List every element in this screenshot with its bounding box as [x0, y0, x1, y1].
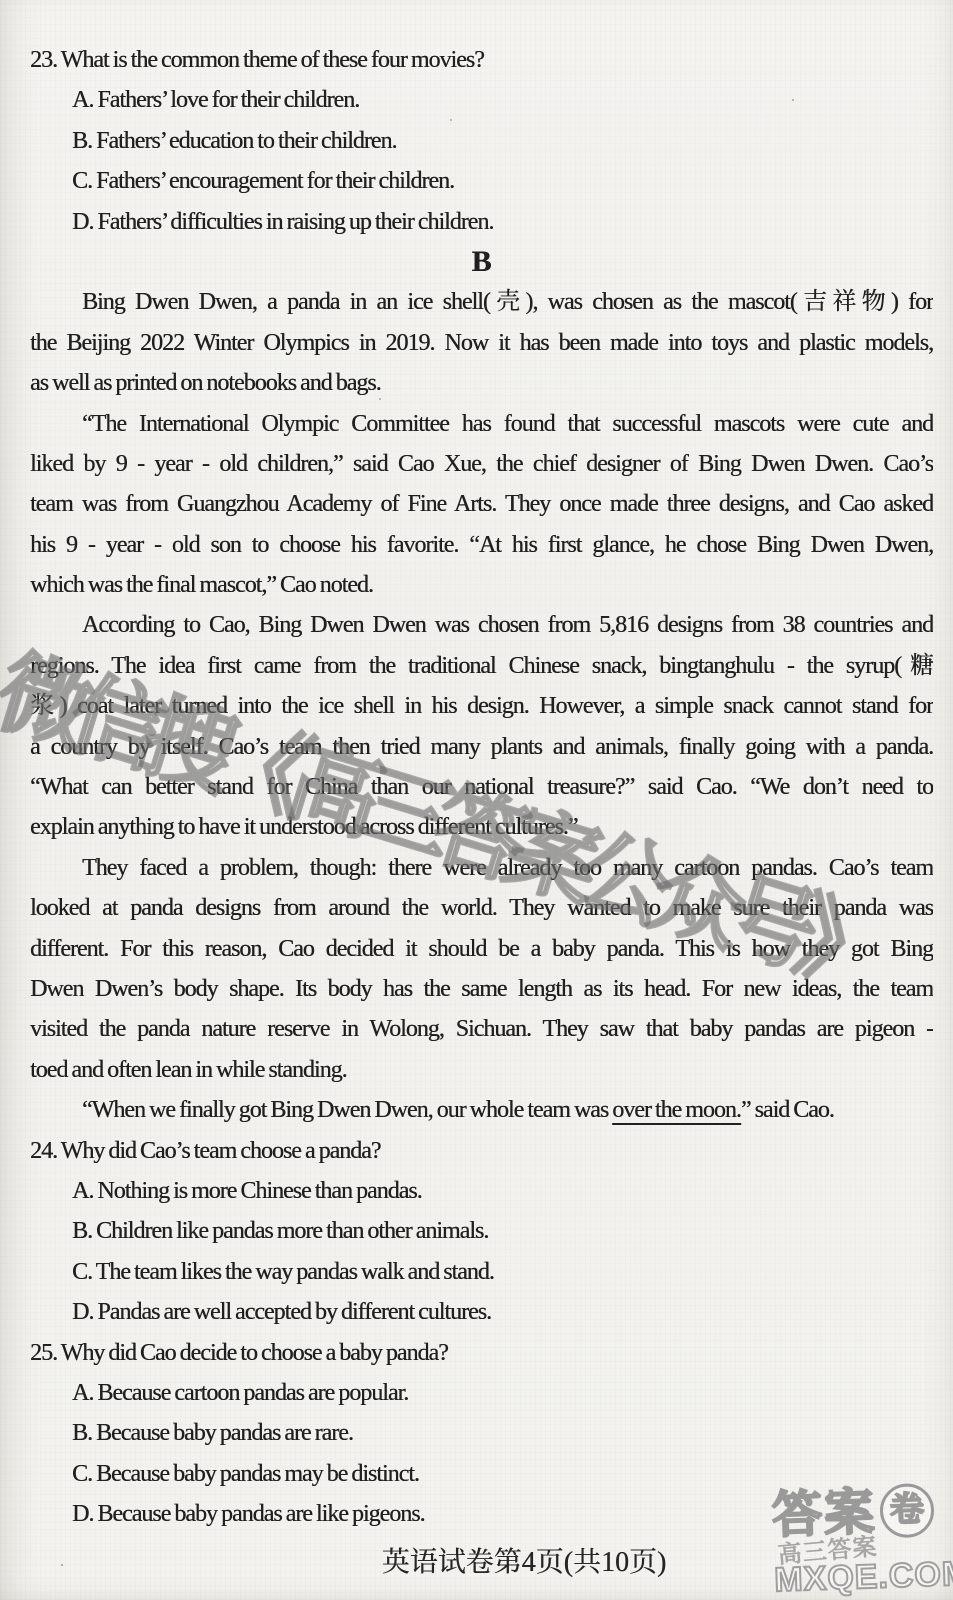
- question-24-options: A. Nothing is more Chinese than pandas.B…: [30, 1171, 933, 1333]
- quote-text-after: ” said Cao.: [741, 1097, 834, 1123]
- question-24-prompt: 24. Why did Cao’s team choose a panda?: [30, 1131, 933, 1171]
- passage-text-line: Bing Dwen Dwen, a panda in an ice shell(…: [30, 282, 933, 322]
- passage-paragraph-2: “The International Olympic Committee has…: [30, 404, 933, 606]
- passage-paragraph-4: They faced a problem, though: there were…: [30, 848, 933, 1090]
- passage-text-line: Dwen Dwen’s body shape. Its body has the…: [30, 969, 933, 1009]
- passage-text-line: which was the final mascot,” Cao noted.: [30, 565, 933, 605]
- question-25-option: B. Because baby pandas are rare.: [30, 1413, 933, 1453]
- passage-text-line: his 9 - year - old son to choose his fav…: [30, 525, 933, 565]
- question-23: 23. What is the common theme of these fo…: [30, 40, 933, 242]
- passage-text-line: different. For this reason, Cao decided …: [30, 929, 933, 969]
- passage-closing-quote: “When we finally got Bing Dwen Dwen, our…: [30, 1090, 933, 1130]
- passage-text-line: “What can better stand for China than ou…: [30, 767, 933, 807]
- question-25-option: A. Because cartoon pandas are popular.: [30, 1373, 933, 1413]
- question-24-option: B. Children like pandas more than other …: [30, 1211, 933, 1251]
- passage-text-line: toed and often lean in while standing.: [30, 1050, 933, 1090]
- passage-text-line: as well as printed on notebooks and bags…: [30, 363, 933, 403]
- passage-section-label: B: [30, 242, 933, 282]
- passage-text-line: a country by itself. Cao’s team then tri…: [30, 727, 933, 767]
- passage-text-line: the Beijing 2022 Winter Olympics in 2019…: [30, 323, 933, 363]
- question-24: 24. Why did Cao’s team choose a panda? A…: [30, 1131, 933, 1333]
- question-23-prompt: 23. What is the common theme of these fo…: [30, 40, 933, 80]
- question-24-option: C. The team likes the way pandas walk an…: [30, 1252, 933, 1292]
- passage-text-line: visited the panda nature reserve in Wolo…: [30, 1009, 933, 1049]
- answer-circle-logo: 答案 卷 高三答案 MXQE.COM: [771, 1482, 953, 1598]
- question-25-prompt: 25. Why did Cao decide to choose a baby …: [30, 1333, 933, 1373]
- passage-text-line: They faced a problem, though: there were…: [30, 848, 933, 888]
- question-23-option: A. Fathers’ love for their children.: [30, 80, 933, 120]
- question-23-option: C. Fathers’ encouragement for their chil…: [30, 161, 933, 201]
- passage-text-line: team was from Guangzhou Academy of Fine …: [30, 484, 933, 524]
- passage-text-line: explain anything to have it understood a…: [30, 807, 933, 847]
- underlined-idiom: over the moon.: [612, 1097, 741, 1123]
- exam-content: 23. What is the common theme of these fo…: [30, 40, 933, 1534]
- reading-passage: Bing Dwen Dwen, a panda in an ice shell(…: [30, 282, 933, 1130]
- passage-text-line: regions. The idea first came from the tr…: [30, 646, 933, 686]
- passage-text-line: liked by 9 - year - old children,” said …: [30, 444, 933, 484]
- question-24-option: A. Nothing is more Chinese than pandas.: [30, 1171, 933, 1211]
- scanned-exam-page: { "page": { "section_label": "B", "foote…: [0, 0, 953, 1600]
- paper-background: 微信搜《高三答案公众号》 23. What is the common them…: [0, 0, 953, 1600]
- passage-text-line: 浆) coat later turned into the ice shell …: [30, 686, 933, 726]
- passage-paragraph-1: Bing Dwen Dwen, a panda in an ice shell(…: [30, 282, 933, 403]
- quote-text-before: “When we finally got Bing Dwen Dwen, our…: [82, 1097, 612, 1123]
- question-23-options: A. Fathers’ love for their children.B. F…: [30, 80, 933, 242]
- passage-text-line: “The International Olympic Committee has…: [30, 404, 933, 444]
- question-24-option: D. Pandas are well accepted by different…: [30, 1292, 933, 1332]
- question-23-option: B. Fathers’ education to their children.: [30, 121, 933, 161]
- passage-text-line: According to Cao, Bing Dwen Dwen was cho…: [30, 605, 933, 645]
- question-23-option: D. Fathers’ difficulties in raising up t…: [30, 202, 933, 242]
- passage-paragraph-3: According to Cao, Bing Dwen Dwen was cho…: [30, 605, 933, 847]
- passage-text-line: looked at panda designs from around the …: [30, 888, 933, 928]
